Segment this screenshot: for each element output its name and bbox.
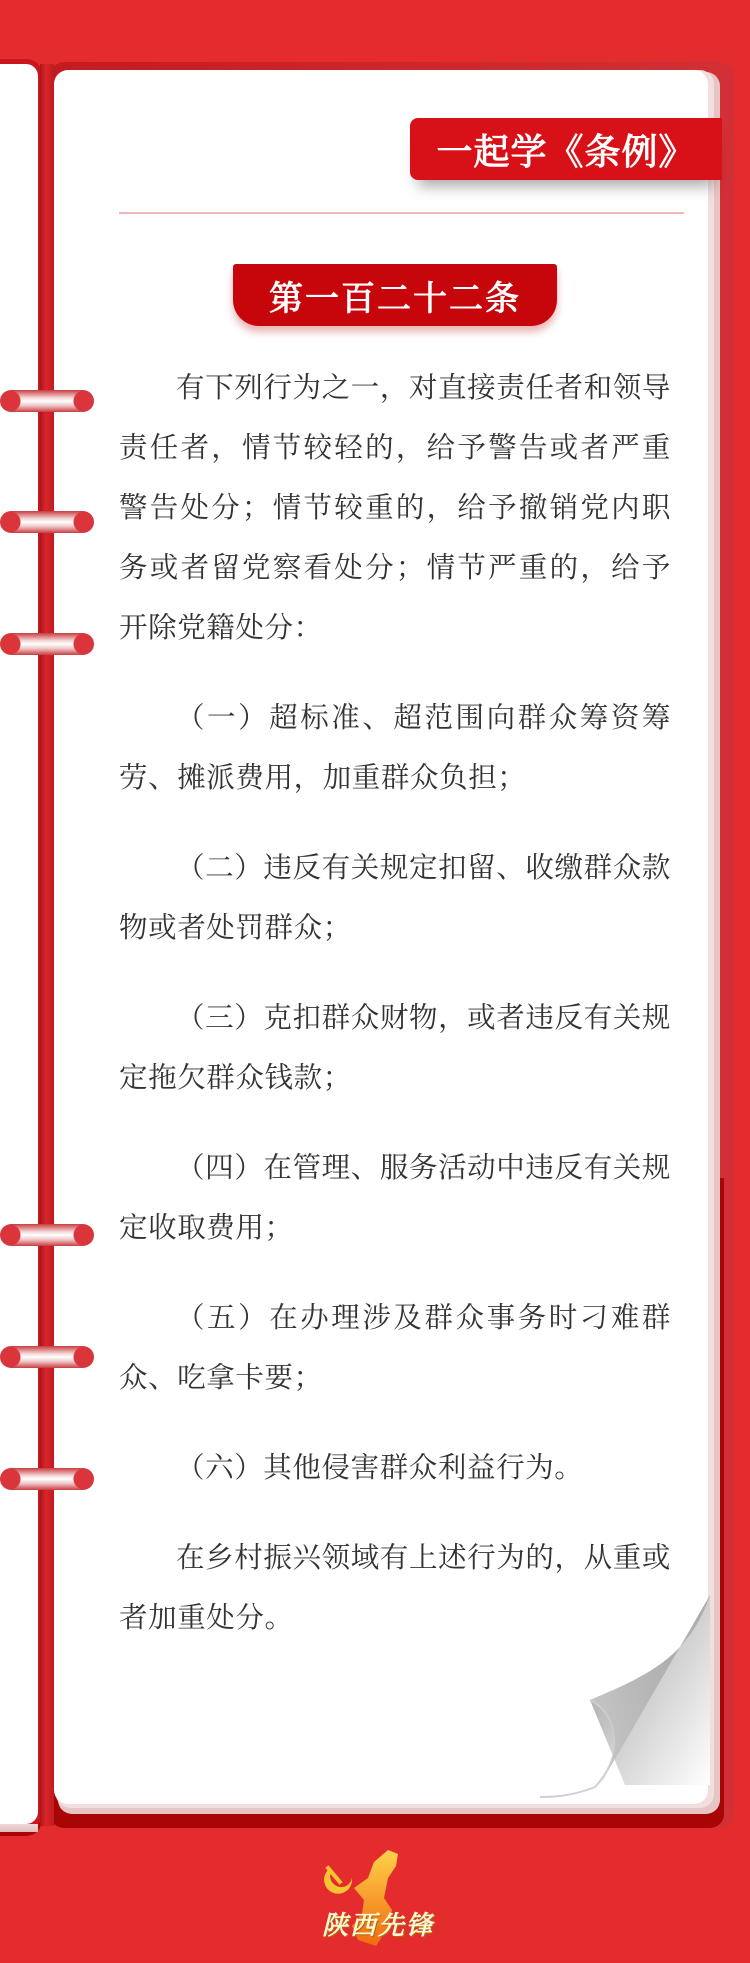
page-curl-icon — [540, 1575, 720, 1805]
binder-ring-icon — [0, 1346, 94, 1368]
binder-ring-icon — [0, 390, 94, 412]
binder-ring-icon — [0, 511, 94, 533]
article-title-badge: 第一百二十二条 — [233, 264, 557, 326]
article-item-2: （二）违反有关规定扣留、收缴群众款物或者处罚群众； — [119, 838, 671, 958]
binder-ring-icon — [0, 633, 94, 655]
binder-ring-icon — [0, 1468, 94, 1490]
article-item-6: （六）其他侵害群众利益行为。 — [119, 1438, 671, 1498]
article-item-1: （一）超标准、超范围向群众筹资筹劳、摊派费用，加重群众负担； — [119, 688, 671, 808]
article-body: 有下列行为之一，对直接责任者和领导责任者，情节较轻的，给予警告或者严重警告处分；… — [119, 358, 671, 1678]
article-item-4: （四）在管理、服务活动中违反有关规定收取费用； — [119, 1138, 671, 1258]
header-divider-line — [119, 212, 684, 214]
binder-spine — [40, 64, 54, 1826]
binder-ring-icon — [0, 1224, 94, 1246]
header-tag: 一起学《条例》 — [410, 118, 722, 180]
article-item-3: （三）克扣群众财物，或者违反有关规定拖欠群众钱款； — [119, 988, 671, 1108]
article-paragraph: 有下列行为之一，对直接责任者和领导责任者，情节较轻的，给予警告或者严重警告处分；… — [119, 358, 671, 658]
article-item-5: （五）在办理涉及群众事务时刁难群众、吃拿卡要； — [119, 1288, 671, 1408]
previous-page-edge — [0, 64, 38, 1824]
footer-logo-text: 陕西先锋 — [322, 1905, 434, 1942]
hammer-sickle-icon — [324, 1865, 352, 1893]
